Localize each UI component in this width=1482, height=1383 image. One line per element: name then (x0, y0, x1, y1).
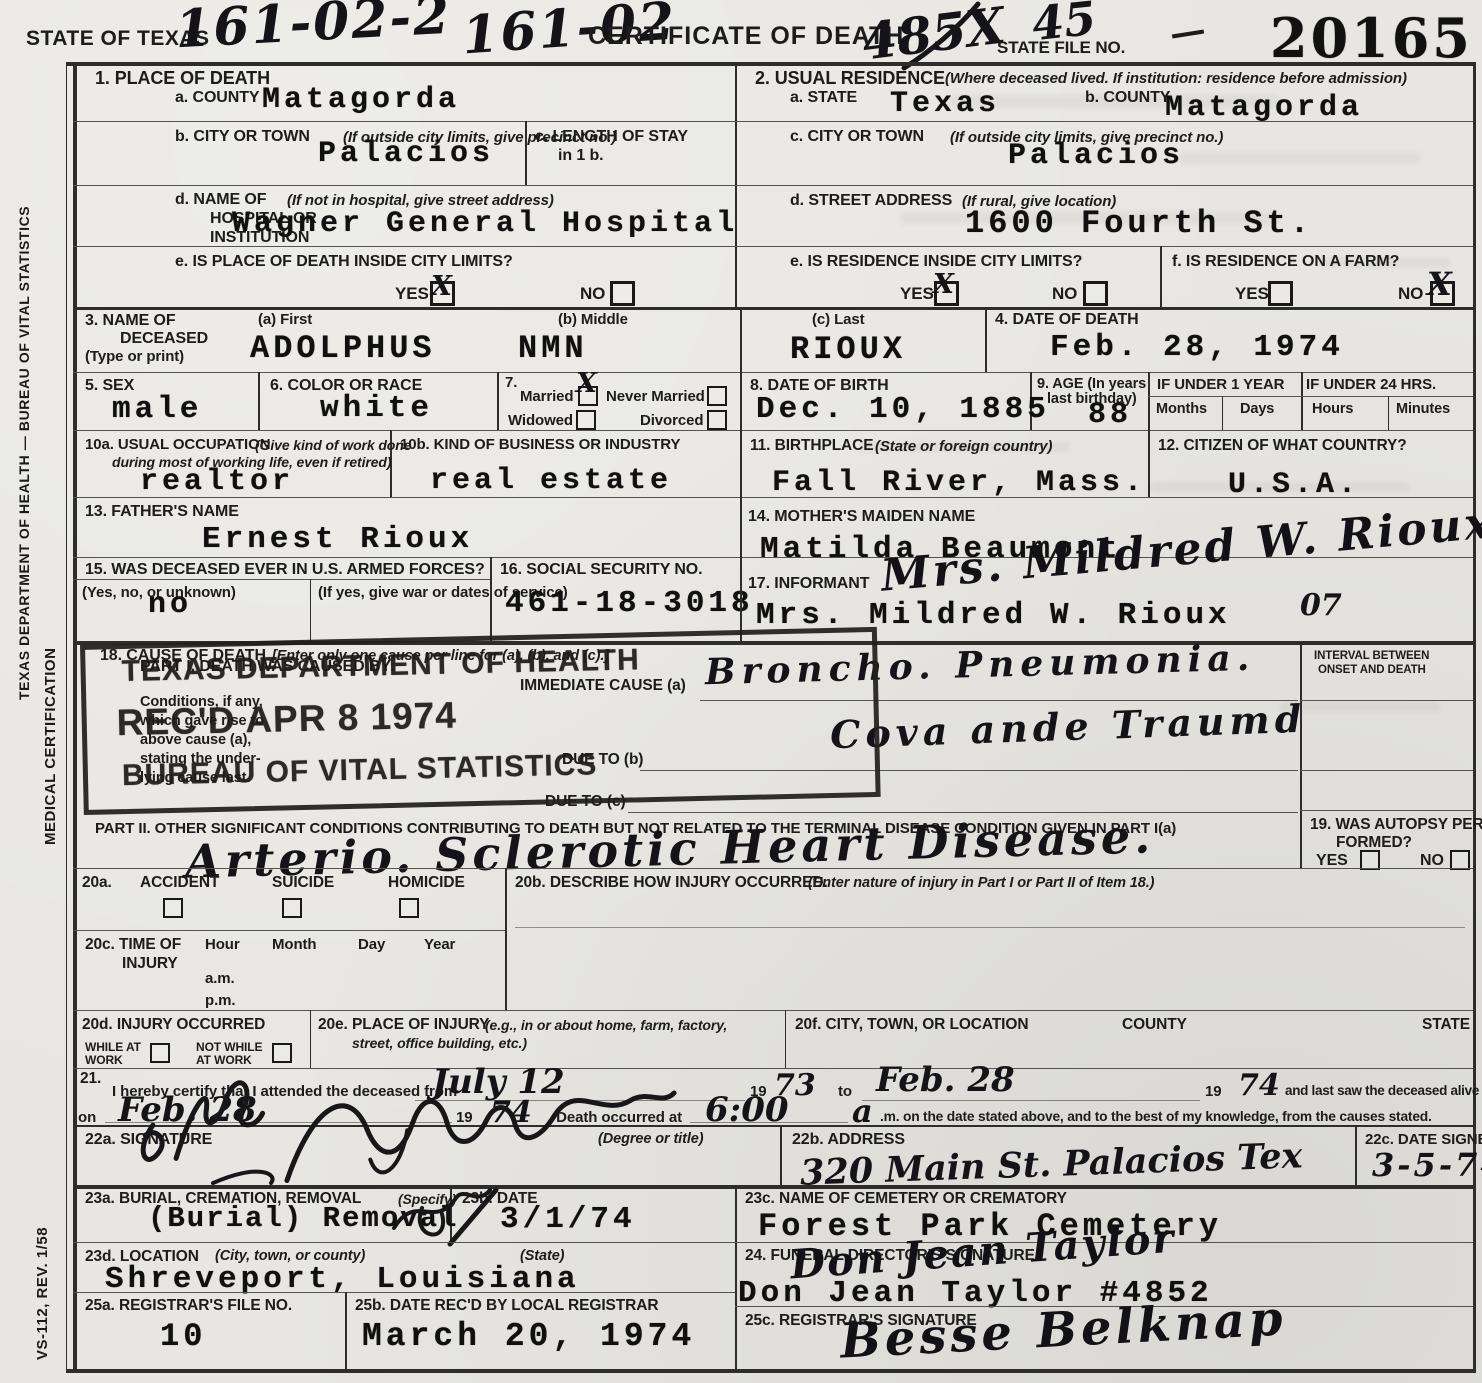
section20a-label: 20a. (82, 874, 112, 892)
received-stamp: TEXAS DEPARTMENT OF HEALTH REC'D APR 8 1… (80, 627, 881, 815)
certify-text3: and last saw the deceased alive (1285, 1083, 1479, 1098)
certify-text6: .m. on the date stated above, and to the… (880, 1109, 1432, 1124)
section20c-label1: 20c. TIME OF (85, 936, 181, 954)
minutes-label: Minutes (1396, 401, 1450, 417)
interval-label2: ONSET AND DEATH (1318, 664, 1426, 676)
rule (740, 497, 742, 557)
x-mark: X (431, 271, 452, 302)
section3-middle-label: (b) Middle (558, 311, 628, 328)
rule (785, 1010, 786, 1068)
rule (73, 1242, 735, 1243)
not-while-at-work-label1: NOT WHILE (196, 1040, 262, 1054)
rule (73, 1185, 1473, 1189)
rule (73, 868, 1473, 869)
armed-forces-value: no (148, 588, 192, 622)
rule (505, 868, 507, 1010)
cause-b-handwriting: Cova ande Traumd (829, 696, 1307, 758)
father-name-value: Ernest Rioux (202, 522, 473, 557)
rule (740, 372, 742, 430)
sex-value: male (112, 392, 202, 427)
section23c-label: 23c. NAME OF CEMETERY OR CREMATORY (745, 1190, 1067, 1208)
section3-title3: (Type or print) (85, 348, 184, 365)
rule (1300, 700, 1473, 701)
handwritten-dash (1172, 30, 1204, 39)
residence-state: Texas (890, 87, 1000, 121)
if-under-24-hrs-label: IF UNDER 24 HRS. (1306, 376, 1436, 393)
section2b-label: b. COUNTY (1085, 89, 1170, 107)
rule (66, 1369, 1476, 1373)
rule (73, 579, 490, 580)
never-married-label: Never Married (606, 388, 705, 405)
divorced-label: Divorced (640, 412, 703, 429)
section20d-label: 20d. INJURY OCCURRED (82, 1016, 265, 1034)
section20e-label: 20e. PLACE OF INJURY (318, 1016, 489, 1034)
rule (1148, 372, 1150, 430)
pm-label: p.m. (205, 992, 235, 1009)
section20b-label: 20b. DESCRIBE HOW INJURY OCCURRED. (515, 874, 828, 892)
margin-agency-vertical-text: TEXAS DEPARTMENT OF HEALTH — BUREAU OF V… (16, 220, 32, 700)
hospital-name: Wagner General Hospital (232, 207, 738, 241)
death-certificate-scan: TEXAS DEPARTMENT OF HEALTH — BUREAU OF V… (0, 0, 1482, 1383)
rule (735, 1185, 737, 1369)
checkbox-widowed (576, 410, 596, 430)
section1e-yes-label: YES (395, 284, 429, 304)
race-value: white (320, 391, 433, 426)
section22b-label: 22b. ADDRESS (792, 1131, 905, 1149)
rule (735, 121, 1473, 122)
rule (66, 62, 67, 1370)
rule (740, 430, 742, 497)
rule (73, 307, 1473, 310)
rule (1148, 396, 1473, 397)
rule (735, 246, 1473, 247)
handwritten-slash (438, 1186, 508, 1248)
section3-title1: 3. NAME OF (85, 312, 176, 330)
rule (985, 307, 987, 372)
section25b-label: 25b. DATE REC'D BY LOCAL REGISTRAR (355, 1297, 658, 1315)
informant-signature-tail: 07 (1300, 588, 1342, 623)
rule (73, 185, 735, 186)
rule (1300, 810, 1473, 811)
section2e-yes-label: YES (900, 284, 934, 304)
place-of-death-city: Palacios (318, 137, 494, 171)
accident-label: ACCIDENT (140, 874, 219, 892)
rule (73, 497, 1473, 498)
rule (497, 372, 499, 430)
attended-to-handwriting: Feb. 28 (876, 1060, 1015, 1100)
section1e-no-label: NO (580, 284, 605, 304)
x-mark: X (576, 368, 597, 399)
certificate-title: CERTIFICATE OF DEATH (588, 22, 904, 51)
state-col-label: STATE (1422, 1016, 1470, 1034)
certify-to: to (838, 1083, 852, 1100)
margin-medical-certification-vertical-text: MEDICAL CERTIFICATION (42, 635, 59, 845)
rule (1388, 396, 1389, 430)
date-of-death: Feb. 28, 1974 (1050, 330, 1344, 365)
ssn-value: 461-18-3018 (505, 586, 754, 621)
section11-paren: (State or foreign country) (875, 438, 1052, 455)
occupation-value: realtor (140, 465, 294, 499)
hours-label: Hours (1312, 401, 1353, 417)
date-signed-handwriting: 3-5-74 (1372, 1146, 1482, 1184)
physician-signature-scrawl (113, 1048, 717, 1199)
rule (73, 121, 735, 122)
rule (515, 927, 1465, 928)
residence-city: Palacios (1008, 139, 1184, 173)
rule (66, 62, 1476, 66)
rule (73, 1010, 1473, 1011)
section2f-no-label: NO (1398, 284, 1423, 304)
year-74-handwriting: 74 (1238, 1068, 1280, 1103)
section2c-label: c. CITY OR TOWN (790, 128, 924, 146)
stamp-line1: TEXAS DEPARTMENT OF HEALTH (121, 643, 640, 689)
section21-label: 21. (80, 1070, 101, 1088)
section20e-paren: (e.g., in or about home, farm, factory, (485, 1017, 727, 1033)
section7-label: 7. (505, 374, 517, 391)
rule (1300, 645, 1302, 868)
rule (1300, 770, 1473, 771)
business-value: real estate (430, 464, 672, 498)
rule (780, 1125, 782, 1185)
section1-title: 1. PLACE OF DEATH (95, 68, 270, 89)
if-under-1-year-label: IF UNDER 1 YEAR (1157, 376, 1284, 393)
section20e-paren2: street, office building, etc.) (352, 1035, 527, 1051)
deceased-last-name: RIOUX (790, 331, 906, 368)
burial-date-value: 3/1/74 (500, 1202, 636, 1237)
section10a-label: 10a. USUAL OCCUPATION (85, 436, 270, 453)
checkbox-accident (163, 898, 183, 918)
section15-label: 15. WAS DECEASED EVER IN U.S. ARMED FORC… (85, 561, 485, 579)
section4-label: 4. DATE OF DEATH (995, 311, 1139, 329)
rule (740, 307, 742, 372)
state-file-no-label: STATE FILE NO. (997, 38, 1125, 58)
rule (1222, 396, 1223, 430)
section2d-label: d. STREET ADDRESS (790, 192, 952, 210)
rule (490, 557, 492, 641)
while-at-work-label1: WHILE AT (85, 1040, 141, 1054)
checkbox-autopsy-no (1450, 850, 1470, 870)
section3-first-label: (a) First (258, 311, 312, 328)
checkbox-while-at-work (150, 1043, 170, 1063)
state-file-number: 20165 (1270, 6, 1473, 70)
rule (310, 579, 311, 641)
section2-title-paren: (Where deceased lived. If institution: r… (945, 70, 1407, 87)
checkbox-residence-city-limits-no (1083, 281, 1108, 306)
section1c-label2: in 1 b. (558, 147, 604, 165)
section1b-label: b. CITY OR TOWN (175, 128, 310, 146)
section3-title2: DECEASED (120, 330, 208, 348)
handwritten-code-1: 161-02-2 (174, 0, 453, 60)
section17-label: 17. INFORMANT (748, 575, 869, 593)
x-mark: X (1427, 265, 1452, 303)
day-label: Day (358, 936, 385, 953)
checkbox-autopsy-yes (1360, 850, 1380, 870)
months-label: Months (1156, 401, 1207, 417)
month-label: Month (272, 936, 316, 953)
year-label: Year (424, 936, 455, 953)
rule (73, 372, 1473, 373)
checkbox-divorced (707, 410, 727, 430)
interval-label1: INTERVAL BETWEEN (1314, 650, 1429, 662)
rule (73, 62, 77, 1370)
section2e-no-label: NO (1052, 284, 1077, 304)
checkbox-not-while-at-work (272, 1043, 292, 1063)
section16-label: 16. SOCIAL SECURITY NO. (500, 561, 703, 579)
section2f-label: f. IS RESIDENCE ON A FARM? (1172, 253, 1399, 271)
age-value: 88 (1088, 398, 1132, 432)
county-col-label: COUNTY (1122, 1016, 1187, 1034)
death-time-handwriting: 6:00 (705, 1090, 789, 1130)
section11-label: 11. BIRTHPLACE (750, 437, 874, 455)
section20f-label: 20f. CITY, TOWN, OR LOCATION (795, 1016, 1028, 1034)
deceased-first-name: ADOLPHUS (250, 330, 436, 367)
section14-label: 14. MOTHER'S MAIDEN NAME (748, 508, 975, 526)
bleed-artifact (1180, 152, 1420, 164)
rule (525, 121, 527, 186)
section12-label: 12. CITIZEN OF WHAT COUNTRY? (1158, 437, 1407, 455)
am-label: a.m. (205, 970, 235, 987)
rule (1301, 372, 1303, 430)
rule (735, 185, 1473, 186)
checkbox-never-married (707, 386, 727, 406)
rule (740, 557, 742, 641)
rule (628, 812, 1298, 813)
rule (735, 66, 737, 307)
deceased-middle-name: NMN (518, 330, 588, 367)
section10b-label: 10b. KIND OF BUSINESS OR INDUSTRY (400, 436, 680, 453)
date-of-birth: Dec. 10, 1885 (756, 392, 1050, 427)
section1a-label: a. COUNTY (175, 89, 259, 107)
married-label: Married (520, 388, 574, 405)
rule (1160, 246, 1162, 307)
hour-label: Hour (205, 936, 240, 953)
registrar-file-no-value: 10 (160, 1318, 206, 1355)
homicide-label: HOMICIDE (388, 874, 465, 892)
rule (1355, 1125, 1357, 1185)
suicide-label: SUICIDE (272, 874, 334, 892)
checkbox-death-city-limits-no (610, 281, 635, 306)
checkbox-homicide (399, 898, 419, 918)
rule (862, 1100, 1200, 1101)
section1e-label: e. IS PLACE OF DEATH INSIDE CITY LIMITS? (175, 253, 513, 271)
margin-form-number-vertical-text: VS-112, REV. 1/58 (34, 1110, 51, 1360)
section9-label: 9. AGE (In years (1037, 376, 1146, 392)
section2f-yes-label: YES (1235, 284, 1269, 304)
section2a-label: a. STATE (790, 89, 857, 107)
date-recd-value: March 20, 1974 (362, 1318, 695, 1355)
rule (310, 1010, 311, 1068)
residence-county: Matagorda (1165, 91, 1363, 125)
while-at-work-label2: WORK (85, 1053, 123, 1067)
certify-19-2: 19 (1205, 1083, 1222, 1100)
rule (345, 1292, 347, 1369)
section20c-label2: INJURY (122, 955, 178, 973)
widowed-label: Widowed (508, 412, 573, 429)
section25a-label: 25a. REGISTRAR'S FILE NO. (85, 1297, 292, 1315)
days-label: Days (1240, 401, 1274, 417)
rule (73, 246, 735, 247)
section13-label: 13. FATHER'S NAME (85, 503, 239, 521)
rule (73, 430, 1473, 431)
stamp-line2: REC'D APR 8 1974 (116, 694, 457, 744)
rule (73, 1292, 735, 1293)
birthplace-value: Fall River, Mass. (772, 466, 1146, 500)
checkbox-residence-farm-yes (1268, 281, 1293, 306)
x-mark: X (933, 269, 954, 300)
rule (258, 372, 260, 430)
checkbox-suicide (282, 898, 302, 918)
section20b-paren: (Enter nature of injury in Part I or Par… (808, 875, 1154, 891)
section19-label1: 19. WAS AUTOPSY PER- (1310, 816, 1482, 834)
section2-title: 2. USUAL RESIDENCE (755, 68, 945, 89)
rule (73, 930, 505, 931)
rule (1148, 430, 1150, 497)
certify-on: on (78, 1109, 96, 1126)
section1c-label: c. LENGTH OF STAY (535, 128, 688, 146)
place-of-death-county: Matagorda (262, 83, 460, 117)
section3-last-label: (c) Last (812, 311, 865, 328)
section10a-paren: (Give kind of work done (255, 437, 411, 453)
residence-street: 1600 Fourth St. (965, 205, 1313, 242)
stamp-line3: BUREAU OF VITAL STATISTICS (122, 748, 598, 793)
